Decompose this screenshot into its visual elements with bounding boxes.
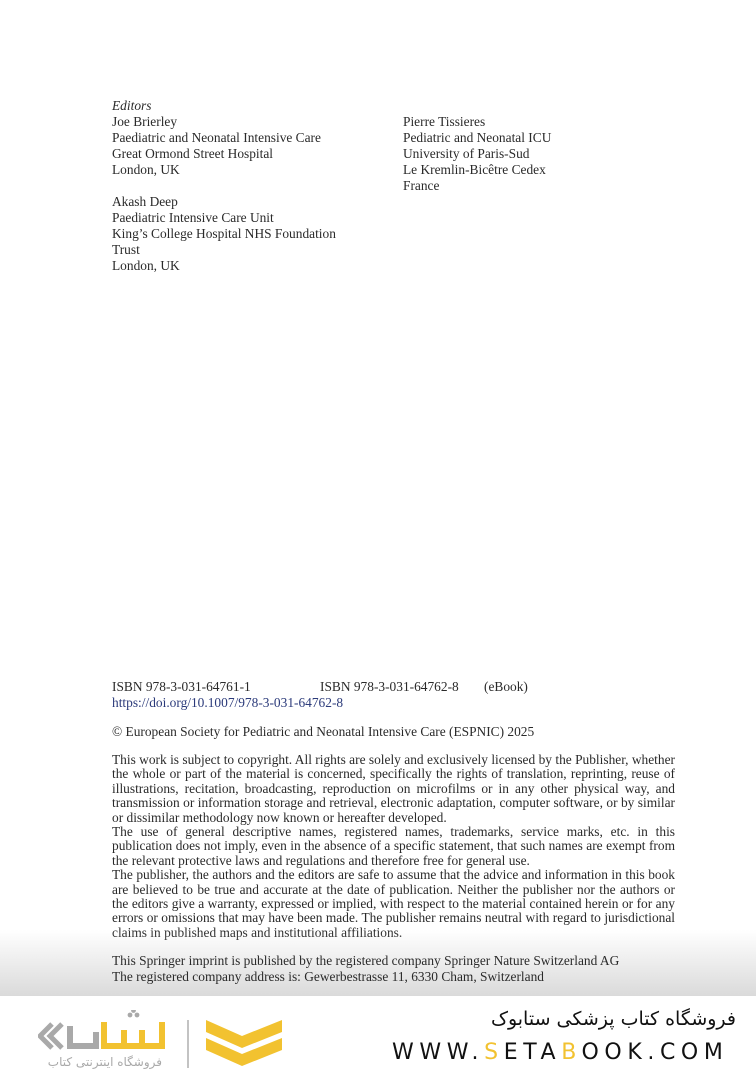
ebook-label: (eBook) — [484, 679, 528, 695]
isbn-ebook: ISBN 978-3-031-64762-8 — [320, 679, 459, 695]
editor-affiliation: Great Ormond Street Hospital — [112, 146, 336, 162]
url-part: OOK.COM — [582, 1040, 729, 1065]
url-part: ETA — [504, 1040, 561, 1065]
logo-subtitle: فروشگاه اینترنتی کتاب — [48, 1055, 162, 1070]
editor-affiliation: Paediatric and Neonatal Intensive Care — [112, 130, 336, 146]
copyright-notice: © European Society for Pediatric and Neo… — [112, 724, 534, 740]
setabook-banner[interactable]: فروشگاه اینترنتی کتاب فروشگاه کتاب پزشکی… — [0, 996, 756, 1080]
editors-left-column: Editors Joe Brierley Paediatric and Neon… — [112, 98, 336, 274]
editor-name: Akash Deep — [112, 194, 336, 210]
legal-paragraph: The use of general descriptive names, re… — [112, 825, 675, 868]
store-url[interactable]: WWW.SETABOOK.COM — [392, 1040, 728, 1065]
store-title: فروشگاه کتاب پزشکی ستابوک — [491, 1008, 736, 1030]
editor-affiliation: London, UK — [112, 258, 336, 274]
legal-paragraph: This work is subject to copyright. All r… — [112, 753, 675, 825]
imprint-line: The registered company address is: Gewer… — [112, 969, 619, 985]
editor-affiliation: Paediatric Intensive Care Unit — [112, 210, 336, 226]
editor-affiliation: University of Paris-Sud — [403, 146, 551, 162]
imprint-line: This Springer imprint is published by th… — [112, 953, 619, 969]
copyright-page: Editors Joe Brierley Paediatric and Neon… — [0, 0, 756, 996]
editor-name: Joe Brierley — [112, 114, 336, 130]
setabook-logo-icon: فروشگاه اینترنتی کتاب — [38, 1010, 298, 1072]
imprint-notice: This Springer imprint is published by th… — [112, 953, 619, 984]
legal-text: This work is subject to copyright. All r… — [112, 753, 675, 940]
url-highlight: B — [561, 1040, 581, 1065]
editors-right-column: Pierre Tissieres Pediatric and Neonatal … — [403, 114, 551, 194]
isbn-row: ISBN 978-3-031-64761-1 ISBN 978-3-031-64… — [112, 679, 251, 695]
editor-affiliation: France — [403, 178, 551, 194]
doi-link[interactable]: https://doi.org/10.1007/978-3-031-64762-… — [112, 695, 343, 711]
editor-affiliation: Le Kremlin-Bicêtre Cedex — [403, 162, 551, 178]
editor-name: Pierre Tissieres — [403, 114, 551, 130]
url-part: WWW. — [392, 1040, 484, 1065]
editors-heading: Editors — [112, 98, 336, 114]
editor-affiliation: London, UK — [112, 162, 336, 178]
editor-affiliation: Pediatric and Neonatal ICU — [403, 130, 551, 146]
url-highlight: S — [484, 1040, 504, 1065]
isbn-print: ISBN 978-3-031-64761-1 — [112, 679, 251, 695]
editor-affiliation: King’s College Hospital NHS Foundation — [112, 226, 336, 242]
editor-affiliation: Trust — [112, 242, 336, 258]
